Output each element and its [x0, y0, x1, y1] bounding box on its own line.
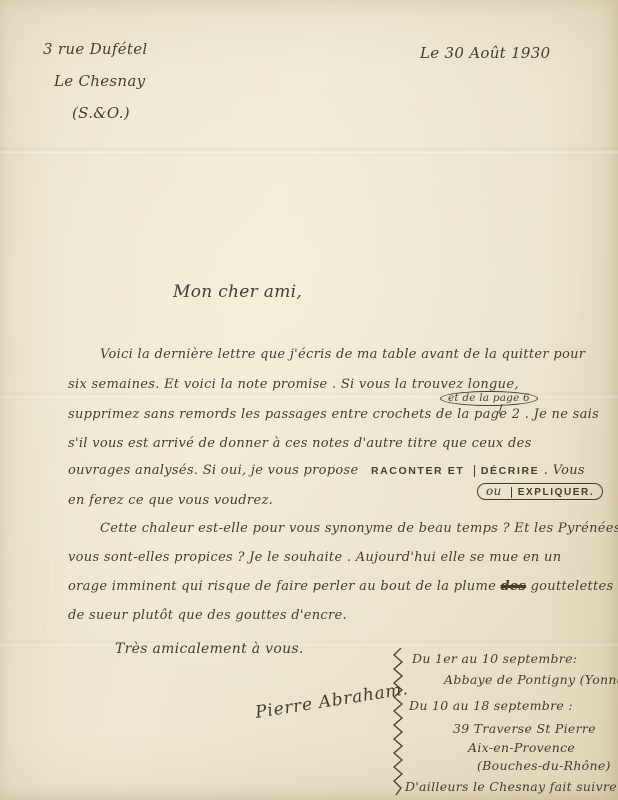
paragraph2-line3-text: orage imminent qui risque de faire perle…: [68, 579, 496, 594]
paper-fold-crease-top: [0, 148, 618, 156]
paragraph1-line3: supprimez sans remords les passages entr…: [68, 407, 599, 422]
paragraph2-line2: vous sont-elles propices ? Je le souhait…: [68, 550, 561, 565]
paragraph2-line4: de sueur plutôt que des gouttes d'encre.: [68, 608, 347, 623]
sender-address-line-2: Le Chesnay: [54, 72, 145, 90]
sender-address-line-3: (S.&O.): [72, 104, 130, 122]
zigzag-bracket-icon: [390, 648, 406, 796]
letter-page: 3 rue Dufétel Le Chesnay (S.&O.) Le 30 A…: [0, 0, 618, 800]
paragraph1-line2: six semaines. Et voici la note promise .…: [68, 377, 519, 392]
paragraph2-line3: orage imminent qui risque de faire perle…: [68, 579, 614, 594]
proposed-title-decrire: DÉCRIRE: [474, 465, 539, 477]
paragraph1-line5-text: ouvrages analysés. Si oui, je vous propo…: [68, 463, 359, 478]
letter-date: Le 30 Août 1930: [420, 44, 550, 62]
crossed-out-word: des: [501, 579, 527, 594]
signature: Pierre Abraham.: [254, 679, 410, 723]
paragraph1-line5: ouvrages analysés. Si oui, je vous propo…: [68, 463, 585, 478]
paper-fold-crease-bottom: [0, 641, 618, 648]
paragraph1-line6: en ferez ce que vous voudrez.: [68, 493, 273, 508]
postscript-line6: (Bouches-du-Rhône): [477, 758, 611, 773]
paragraph1-line1: Voici la dernière lettre que j'écris de …: [100, 347, 585, 362]
alternative-expliquer: EXPLIQUER.: [511, 487, 595, 498]
closing-line: Très amicalement à vous.: [115, 641, 304, 657]
proposed-title-raconter-et: RACONTER ET: [371, 465, 464, 477]
circled-alternative-title: ou EXPLIQUER.: [477, 483, 603, 500]
postscript-line1: Du 1er au 10 septembre:: [412, 651, 577, 666]
paragraph1-line4: s'il vous est arrivé de donner à ces not…: [68, 436, 532, 451]
paragraph2-line3-tail: gouttelettes: [531, 579, 614, 594]
postscript-line2: Abbaye de Pontigny (Yonne): [444, 672, 618, 687]
postscript-line4: 39 Traverse St Pierre: [453, 721, 596, 736]
postscript-line5: Aix-en-Provence: [468, 740, 575, 755]
postscript-line7: D'ailleurs le Chesnay fait suivre.: [405, 779, 618, 794]
postscript-line3: Du 10 au 18 septembre :: [409, 698, 573, 713]
paragraph1-line5-tail: . Vous: [544, 463, 585, 478]
circled-insertion-note: et de la page 6: [440, 391, 538, 406]
alternative-ou: ou: [486, 484, 502, 498]
paragraph2-line1: Cette chaleur est-elle pour vous synonym…: [100, 521, 618, 536]
sender-address-line-1: 3 rue Dufétel: [43, 40, 148, 58]
salutation: Mon cher ami,: [173, 282, 302, 302]
